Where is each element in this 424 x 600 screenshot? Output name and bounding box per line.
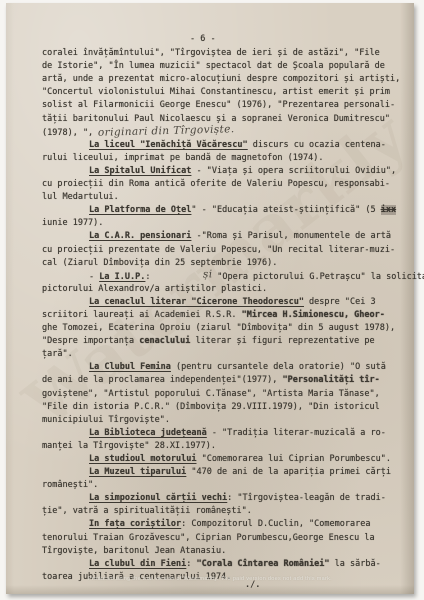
underlined-heading: La Platforma de Oțel <box>89 205 191 215</box>
typed-text: municipiului Tîrgoviște". <box>42 415 170 425</box>
underlined-heading: La Biblioteca județeană <box>89 428 207 438</box>
typed-text: : Compozitorul D.Cuclin, "Comemorarea <box>181 519 370 529</box>
text-line: rului liceului, imprimat pe bandă de mag… <box>42 152 406 165</box>
overtyped-text: cenaclului <box>139 336 190 346</box>
text-line: goviștene", "Artistul poporului C.Tănase… <box>42 388 406 401</box>
typed-text: " - "Educația ateist-științifică" (5 <box>191 205 380 215</box>
text-line: "Despre importanța cenaclului literar și… <box>42 335 406 348</box>
text-line: La Clubul Femina (pentru cursantele dela… <box>42 361 406 374</box>
typed-text: : "Tîrgoviștea-leagăn de tradi- <box>227 493 386 503</box>
text-line: lul Medartului. <box>42 191 406 204</box>
typed-text: "File din istoria P.C.R." (Dîmbovița 29.… <box>42 402 380 412</box>
typed-text: : <box>145 272 155 282</box>
typed-text: "470 de ani de la apariția primei cărți <box>186 467 391 477</box>
typed-text: la sărbă- <box>330 559 381 569</box>
typed-text: lul Medartului. <box>42 192 119 202</box>
text-line: (1978), ", originari din Tîrgoviște. <box>42 126 406 139</box>
underlined-heading: La Spitalul Unificat <box>89 166 191 176</box>
typed-text: - <box>89 272 99 282</box>
text-line: In fața coriștilor: Compozitorul D.Cucli… <box>42 518 406 531</box>
typed-text: cu proiecții din Roma antică oferite de … <box>42 179 390 189</box>
text-line: La Spitalul Unificat - "Viața și opera s… <box>42 165 406 178</box>
handwritten-note: originari din Tîrgoviște. <box>98 123 235 140</box>
typed-text: - "Viața și opera scriitorului Ovidiu", <box>191 166 396 176</box>
typed-text: (1978), ", <box>42 128 98 138</box>
typed-text: românești". <box>42 480 98 490</box>
typed-text: tății baritonului Paul Nicolaescu și a s… <box>42 114 390 124</box>
struck-out-text: ixx <box>381 205 396 215</box>
text-line: ție", vatră a spiritualității românești"… <box>42 505 406 518</box>
typed-text: "Despre importanța <box>42 336 139 346</box>
text-line: ghe Tomozei, Ecaterina Oproiu (ziarul "D… <box>42 322 406 335</box>
text-line: "Concertul violonistului Mihai Constanti… <box>42 86 406 99</box>
typed-text: -"Roma și Parisul, monumentele de artă <box>191 231 391 241</box>
text-line: - La I.U.P.: și "Opera pictorului G.Petr… <box>42 270 406 283</box>
typed-text: manței la Tîrgoviște" 28.XI.1977). <box>42 441 216 451</box>
text-line: coralei învățămîntului", "Tîrgoviștea de… <box>42 47 406 60</box>
underlined-heading: La Muzeul tiparului <box>89 467 186 477</box>
text-line: La Platforma de Oțel" - "Educația ateist… <box>42 204 406 217</box>
typed-text: "Concertul violonistului Mihai Constanti… <box>42 87 390 97</box>
watermark-trial-notice: Produced using the trial version of Wate… <box>6 576 414 582</box>
text-line: La C.A.R. pensionari -"Roma și Parisul, … <box>42 230 406 243</box>
text-line: La cenaclul literar "Cicerone Theodoresc… <box>42 296 406 309</box>
typed-text: solist al Filarmonicii George Enescu" (1… <box>42 100 395 110</box>
page-scan: Watermarkly - 6 - coralei învățămîntului… <box>6 3 414 594</box>
typed-text: Tîrgoviște, baritonul Jean Atanasiu. <box>42 546 226 556</box>
text-line: La Biblioteca județeană - "Tradiția lite… <box>42 427 406 440</box>
overtyped-text: "Mircea H.Simionescu, Gheor- <box>242 310 385 320</box>
typed-text: rului liceului, imprimat pe bandă de mag… <box>42 153 323 163</box>
text-line: La Muzeul tiparului "470 de ani de la ap… <box>42 466 406 479</box>
typed-text: cal (Ziarul Dîmbovița din 25 septembrie … <box>42 258 277 268</box>
text-line: La clubul din Fieni: "Corala Cîntarea Ro… <box>42 558 406 571</box>
typed-text: goviștene", "Artistul poporului C.Tănase… <box>42 389 380 399</box>
text-line: solist al Filarmonicii George Enescu" (1… <box>42 99 406 112</box>
typed-text: iunie 1977). <box>42 218 103 228</box>
underlined-heading: La liceul "Ienăchiță Văcărescu" <box>89 140 248 150</box>
text-line: manței la Tîrgoviște" 28.XI.1977). <box>42 440 406 453</box>
text-line: pictorului Alexandrov/a artiștilor plast… <box>42 283 406 296</box>
overtyped-text: "Corala Cîntarea României" <box>196 559 329 569</box>
document-body: - 6 - coralei învățămîntului", "Tîrgoviș… <box>42 33 406 584</box>
typed-text: : <box>186 559 196 569</box>
typed-text: tenorului Traian Grozăvescu", Ciprian Po… <box>42 533 375 543</box>
underlined-heading: La clubul din Fieni <box>89 559 186 569</box>
text-line: românești". <box>42 479 406 492</box>
typed-text: de Istorie", "În lumea muzicii" spectaco… <box>42 61 385 71</box>
underlined-heading: La C.A.R. pensionari <box>89 231 191 241</box>
typed-text: discurs cu ocazia centena- <box>248 140 386 150</box>
handwritten-note: și <box>155 268 212 283</box>
typed-text: scriitori laureați ai Academiei R.S.R. <box>42 310 242 320</box>
screenshot-root: { "colors": { "paper": "#d9d0c2", "ink":… <box>0 0 424 600</box>
typed-text: "Opera pictorului G.Petrașcu" la solicit… <box>212 272 424 282</box>
text-line: cu proiecții din Roma antică oferite de … <box>42 178 406 191</box>
text-line: artă, unde a prezentat micro-alocuțiuni … <box>42 73 406 86</box>
text-line: tenorului Traian Grozăvescu", Ciprian Po… <box>42 532 406 545</box>
text-line: La simpozionul cărții vechi: "Tîrgoviște… <box>42 492 406 505</box>
underlined-heading: La Clubul Femina <box>89 362 171 372</box>
text-line: țară". <box>42 348 406 361</box>
text-line: de Istorie", "În lumea muzicii" spectaco… <box>42 60 406 73</box>
underlined-heading: La cenaclul literar "Cicerone Theodoresc… <box>89 297 304 307</box>
underlined-heading: La I.U.P. <box>99 272 145 282</box>
typed-text: (pentru cursantele dela oratorie) "O sut… <box>171 362 386 372</box>
text-line: La studioul motorului "Comemorarea lui C… <box>42 453 406 466</box>
text-line: cal (Ziarul Dîmbovița din 25 septembrie … <box>42 257 406 270</box>
typed-text: coralei învățămîntului", "Tîrgoviștea de… <box>42 48 380 58</box>
underlined-heading: La studioul motorului <box>89 454 196 464</box>
text-line: cu proiecții prezentate de Valeriu Popes… <box>42 244 406 257</box>
typed-text: "Comemorarea lui Ciprian Porumbescu". <box>196 454 390 464</box>
text-line: Tîrgoviște, baritonul Jean Atanasiu. <box>42 545 406 558</box>
typed-text: despre "Cei 3 <box>304 297 376 307</box>
typed-text: de ani de la proclamarea independenței"(… <box>42 375 283 385</box>
overtyped-text: "Personalități tîr- <box>283 375 380 385</box>
underlined-heading: In fața coriștilor <box>89 519 181 529</box>
typed-text: ghe Tomozei, Ecaterina Oproiu (ziarul "D… <box>42 323 395 333</box>
page-number: - 6 - <box>42 33 406 46</box>
text-line: "File din istoria P.C.R." (Dîmbovița 29.… <box>42 401 406 414</box>
typed-text: cu proiecții prezentate de Valeriu Popes… <box>42 245 395 255</box>
typed-text: ție", vatră a spiritualității românești"… <box>42 506 252 516</box>
typed-text: - "Tradiția literar-muzicală a ro- <box>207 428 386 438</box>
text-line: municipiului Tîrgoviște". <box>42 414 406 427</box>
text-line: de ani de la proclamarea independenței"(… <box>42 374 406 387</box>
typed-text: pictorului Alexandrov/a artiștilor plast… <box>42 284 267 294</box>
text-line: iunie 1977). <box>42 217 406 230</box>
text-line: La liceul "Ienăchiță Văcărescu" discurs … <box>42 139 406 152</box>
typed-text: țară". <box>42 349 73 359</box>
underlined-heading: La simpozionul cărții vechi <box>89 493 227 503</box>
typed-text: literar și figuri reprezentative pe <box>190 336 374 346</box>
text-line: scriitori laureați ai Academiei R.S.R. "… <box>42 309 406 322</box>
typed-text: artă, unde a prezentat micro-alocuțiuni … <box>42 74 400 84</box>
